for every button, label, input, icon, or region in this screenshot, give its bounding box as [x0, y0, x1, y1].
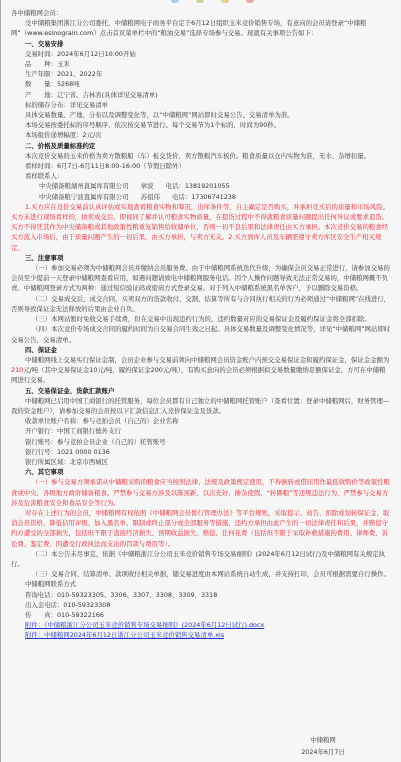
share-icon[interactable]	[196, 0, 204, 3]
account-name: 收款单位账户名称：参与竞拍会员（自己的）企业名称	[11, 416, 391, 426]
order-note: 本场交易按委托标的序号顺序，依次按交易节进行。每个交易节为1个标的，时间为90秒…	[11, 120, 391, 130]
storage-distribution: 标的储存分布：详见交易清单	[11, 100, 391, 110]
section-title: 一、交易安排	[11, 39, 391, 49]
share-bar	[171, 0, 254, 3]
fax: 传 真：010-59322166	[11, 610, 391, 620]
deposit-text: 元/吨（其中交易保证金10元/吨，履约保证金200元/吨），有购买意向的会员必须…	[11, 366, 386, 384]
bank-account: 银行账号：参与竞拍会员企业（自己的）托管账号	[11, 437, 391, 447]
production-year: 生产年限：2021、2022年	[11, 69, 391, 79]
section-title: 三、注意事项	[11, 253, 391, 263]
signature-org: 中储粮网	[288, 735, 358, 745]
origin: 产 地：辽宁省、吉林省(具体详见交易清单)	[11, 90, 391, 100]
contact-label: 看样联系人：	[11, 171, 391, 181]
buyer-warning: 1.买方应在竞价交易前认真评估或实地查看粮食实物和筹况，出库条件等，自主确定是否…	[11, 202, 391, 253]
announcement-page: 各中储粮网会员： 受中储粮集团浙江分公司委托，中储粮网电子商务平台定于6月12日…	[0, 0, 399, 762]
price-quality-paragraph: 本次竞价交易的玉米价格为卖方散粮船（车）板交货价、卖方散粮汽车板价。粮食质量以仓…	[11, 151, 391, 161]
consult-phone: 咨询电话：010-59323305、3306、3307、3308、3309、33…	[11, 590, 391, 600]
contact-row: 中央储备粮宁波直属库有限公司 苏祖伟 电话：17306741238	[11, 192, 391, 202]
section-title: 六、其它事项	[11, 467, 391, 477]
share-icon[interactable]	[171, 0, 179, 3]
other-item: （一）参与交易方须承诺从中储粮采购的粮食应当按照法律、法规及政策规定使用，不得倒…	[11, 477, 391, 508]
deposit-amount: 210	[11, 366, 23, 374]
trade-time: 交易时间：2024年6月12日10:00开始	[11, 49, 391, 59]
other-item: （二）本公告未尽事宜，依据《中储粮浙江分公司玉米竞价销售专场交易细则》(2024…	[11, 549, 391, 569]
section-title: 四、保证金	[11, 345, 391, 355]
contact-company: 中央储备粮湖州直属库有限公司	[39, 182, 128, 190]
share-icon[interactable]	[221, 0, 229, 3]
contact-row: 中央储备粮湖州直属库有限公司 章波 电话：13819201055	[11, 181, 391, 191]
bank-code: 银行行号：1021 0000 0136	[11, 447, 391, 457]
deposit-paragraph: 中储粮网线上交易实行保证金制，会员企业参与交易前须向中储粮网会员资金账户内预交交…	[11, 355, 391, 386]
funds-phone: 出入金电话：010-59323308	[11, 600, 391, 610]
notice-item: （二）交易成交后，成交合同、买卖双方的货款收付、交割、结算等所有与合同执行相关的…	[11, 294, 391, 314]
notice-item: （四）本次竞价专场成交合同的履约时间为自交易合同生效之日起。具体交易数量及调整变…	[11, 324, 391, 344]
share-icon[interactable]	[246, 0, 254, 3]
view-time: 看样时间：6月7日-6月11日8:00-16:00（节假日除外）	[11, 161, 391, 171]
contact-title: 中储粮网联系方式	[11, 579, 391, 589]
contact-phone: 电话：13819201055	[166, 182, 230, 190]
section-title: 五、交易保证金、货款汇款账户	[11, 386, 391, 396]
other-item: （三）交易合同、结算清单、款项收付相关单据，随交易进度由本网站系统自动生成，并支…	[11, 569, 391, 579]
intro-paragraph: 受中储粮集团浙江分公司委托，中储粮网电子商务平台定于6月12日组织玉米竞价销售专…	[11, 18, 391, 38]
attachment-link-docx[interactable]: 附件：《中储粮浙江分公司玉米竞价销售专场交易细则》(2024年6月12日试行).…	[11, 621, 264, 629]
account-paragraph: 中储粮网已启用中国工商银行的托管服务，每位会员都有自己独立的中储粮网托管账户（查…	[11, 396, 391, 416]
deposit-text: 中储粮网线上交易实行保证金制，会员企业参与交易前须向中储粮网会员资金账户内预交交…	[25, 356, 389, 364]
attachment-link-xls[interactable]: 附件：中储粮网2024年6月12日浙江分公司玉米竞价销售交易清单.xls	[11, 631, 224, 639]
signature-date: 2024年6月7日	[288, 747, 358, 757]
notice-item: （一）参加交易必须为中储粮网会员并缴纳会员服务费。由于中储粮网系统迭代升级，为确…	[11, 263, 391, 294]
greeting: 各中储粮网会员：	[11, 8, 391, 18]
contact-phone: 电话：17306741238	[172, 193, 236, 201]
contact-name: 章波	[141, 182, 154, 190]
bank-name: 开户银行：中国工商银行德外支行	[11, 426, 391, 436]
quantity: 数 量：5268吨	[11, 79, 391, 89]
variety: 品 种：玉米	[11, 59, 391, 69]
bank-region: 银行所属区域：北京市西城区	[11, 457, 391, 467]
detail-note: 具体交易数量、产地、分布以及调整变化等，以“中储粮网”网站即时交易公告、交易清单…	[11, 110, 391, 120]
section-title: 二、价格及质量标准约定	[11, 141, 391, 151]
other-item: 对存在上述行为的会员，中储粮网有权依照《中储粮网会员暂行管理办法》等平台规则，采…	[11, 508, 391, 549]
notice-item: （三）本网站暂时免收交易手续费，但在交易中出现违约行为的，违约数量对应的交易保证…	[11, 314, 391, 324]
contact-name: 苏祖伟	[141, 193, 160, 201]
bid-increment: 本场报价递增幅度：2元/次	[11, 130, 391, 140]
contact-company: 中央储备粮宁波直属库有限公司	[39, 193, 128, 201]
